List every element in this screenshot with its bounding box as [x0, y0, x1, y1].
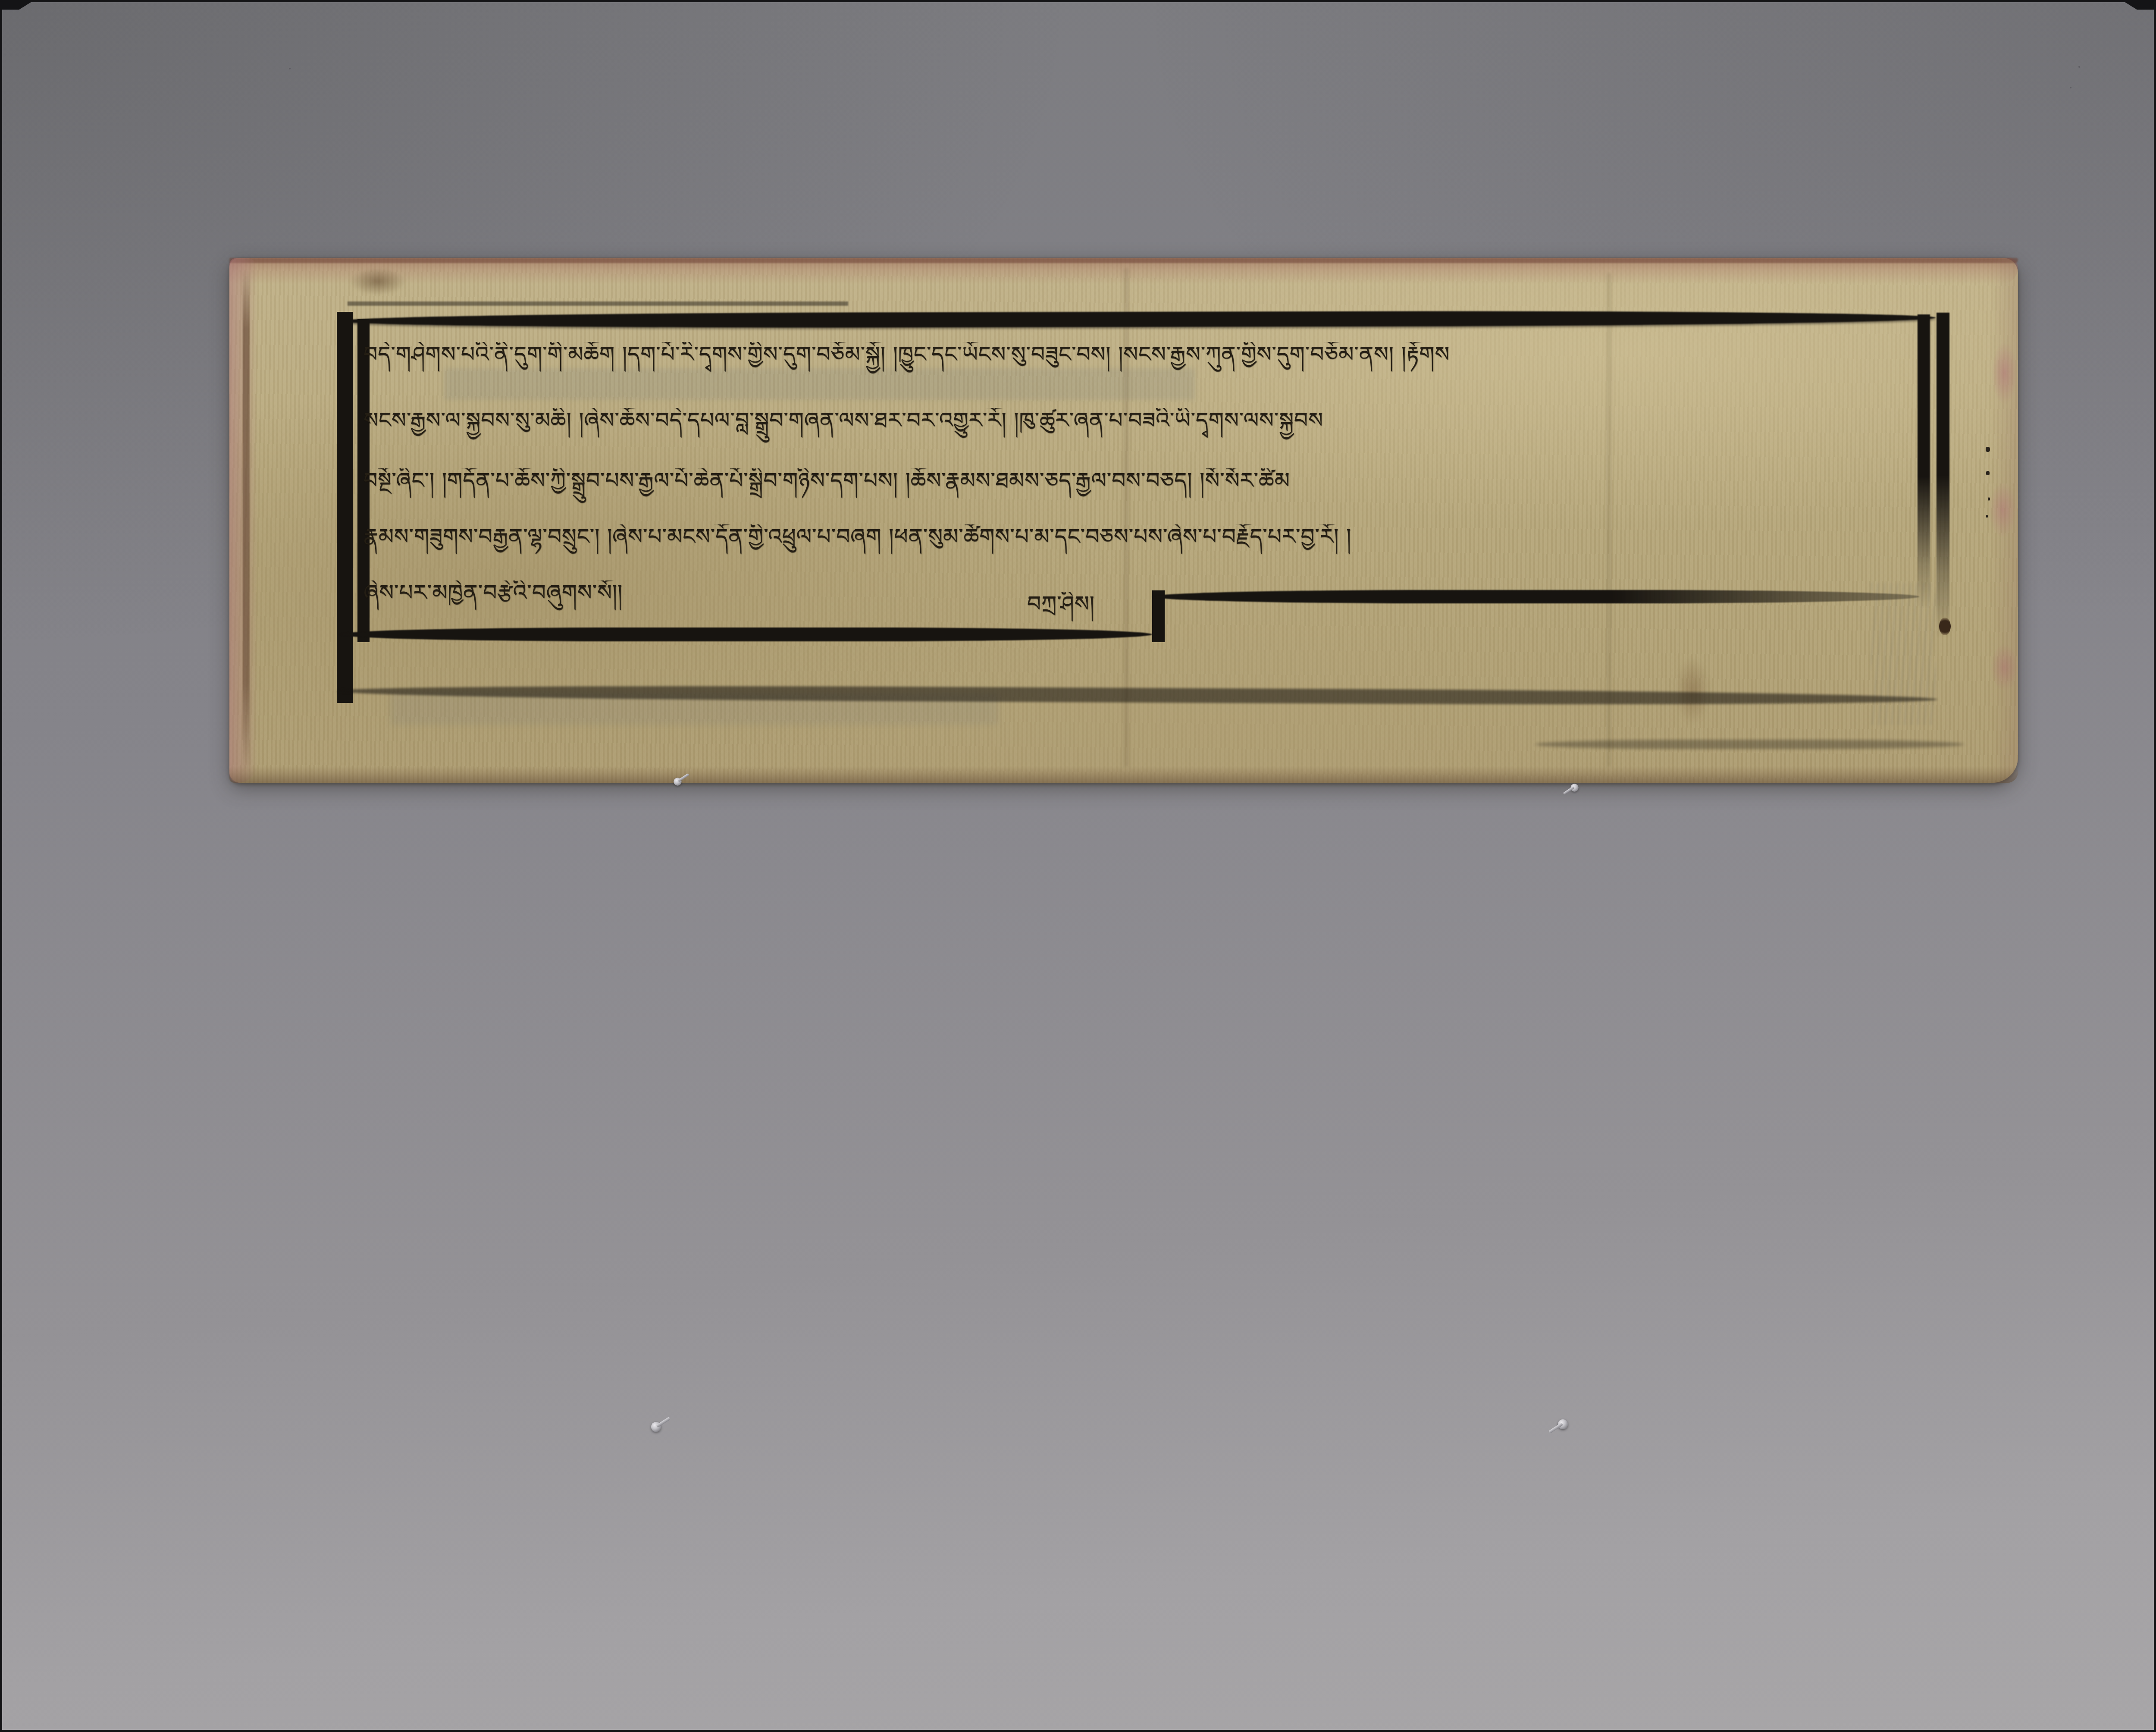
ink-specks-right-edge: [1986, 447, 1990, 452]
frame-top-rule: [340, 310, 1936, 329]
dust-speck: [2070, 87, 2071, 88]
paper-left-crease: [243, 268, 250, 772]
worm-hole: [1939, 618, 1951, 635]
photo-corner-mark-left: [0, 0, 34, 10]
text-line-5: ཞེས་པར་མཁྱེན་བརྩེའི་བཞུགས་སོ།།: [364, 580, 802, 641]
text-line-2: སངས་རྒྱས་ལ་སྐྱབས་སུ་མཆི། །ཞེས་ཆོས་བདེ་དཔ…: [364, 408, 1908, 468]
text-line-4: རྣམས་གཟུགས་བརྒྱན་ལྷ་བསྲུང་། །ཞེས་པ་མངས་ད…: [364, 524, 1908, 585]
frame-right-inner-rule: [1918, 314, 1930, 608]
brown-stain: [340, 263, 415, 300]
paper-bottom-worn-edge: [229, 766, 2018, 783]
frame-left-outer-rule: [337, 312, 353, 703]
photo-corner-mark-right: [2122, 0, 2156, 10]
frame-right-outer-rule: [1937, 313, 1949, 638]
pin-shaft: [1563, 786, 1575, 795]
frame-bottom-right-rule: [1152, 590, 1919, 603]
frame-top-ghost-rule: [348, 301, 848, 306]
pin-shaft: [1548, 1422, 1563, 1433]
paper-top-edge-line: [229, 258, 2018, 263]
pin-board-lower-right: [1558, 1419, 1568, 1429]
paper-right-pink-edge: [1984, 258, 2018, 783]
text-line-1: བདེ་གཤེགས་པའི་ནི་དུག་གི་མཆོག །དག་པོ་རི་ད…: [364, 342, 1908, 402]
dust-speck: [289, 68, 291, 69]
text-line-3: བསྔོ་ཞིང་། །གདོན་པ་ཆོས་ཀྱི་སྒྲུབ་པས་རྒྱལ…: [364, 468, 1908, 529]
colophon-center-tag: བཀྲ་ཤིས།: [1027, 592, 1170, 647]
pin-paper-edge-left: [674, 778, 681, 785]
dust-speck: [2078, 66, 2080, 68]
pin-paper-edge-right: [1570, 784, 1578, 792]
manuscript-folio: བདེ་གཤེགས་པའི་ནི་དུག་གི་མཆོག །དག་པོ་རི་ད…: [229, 258, 2018, 783]
brown-streak-stain: [1669, 646, 1716, 735]
frame-bottom-smudge: [1535, 740, 1964, 749]
pin-shaft: [656, 1416, 671, 1427]
photo-backdrop: བདེ་གཤེགས་པའི་ནི་དུག་གི་མཆོག །དག་པོ་རི་ད…: [0, 0, 2156, 1732]
pin-board-lower-left: [651, 1422, 661, 1432]
